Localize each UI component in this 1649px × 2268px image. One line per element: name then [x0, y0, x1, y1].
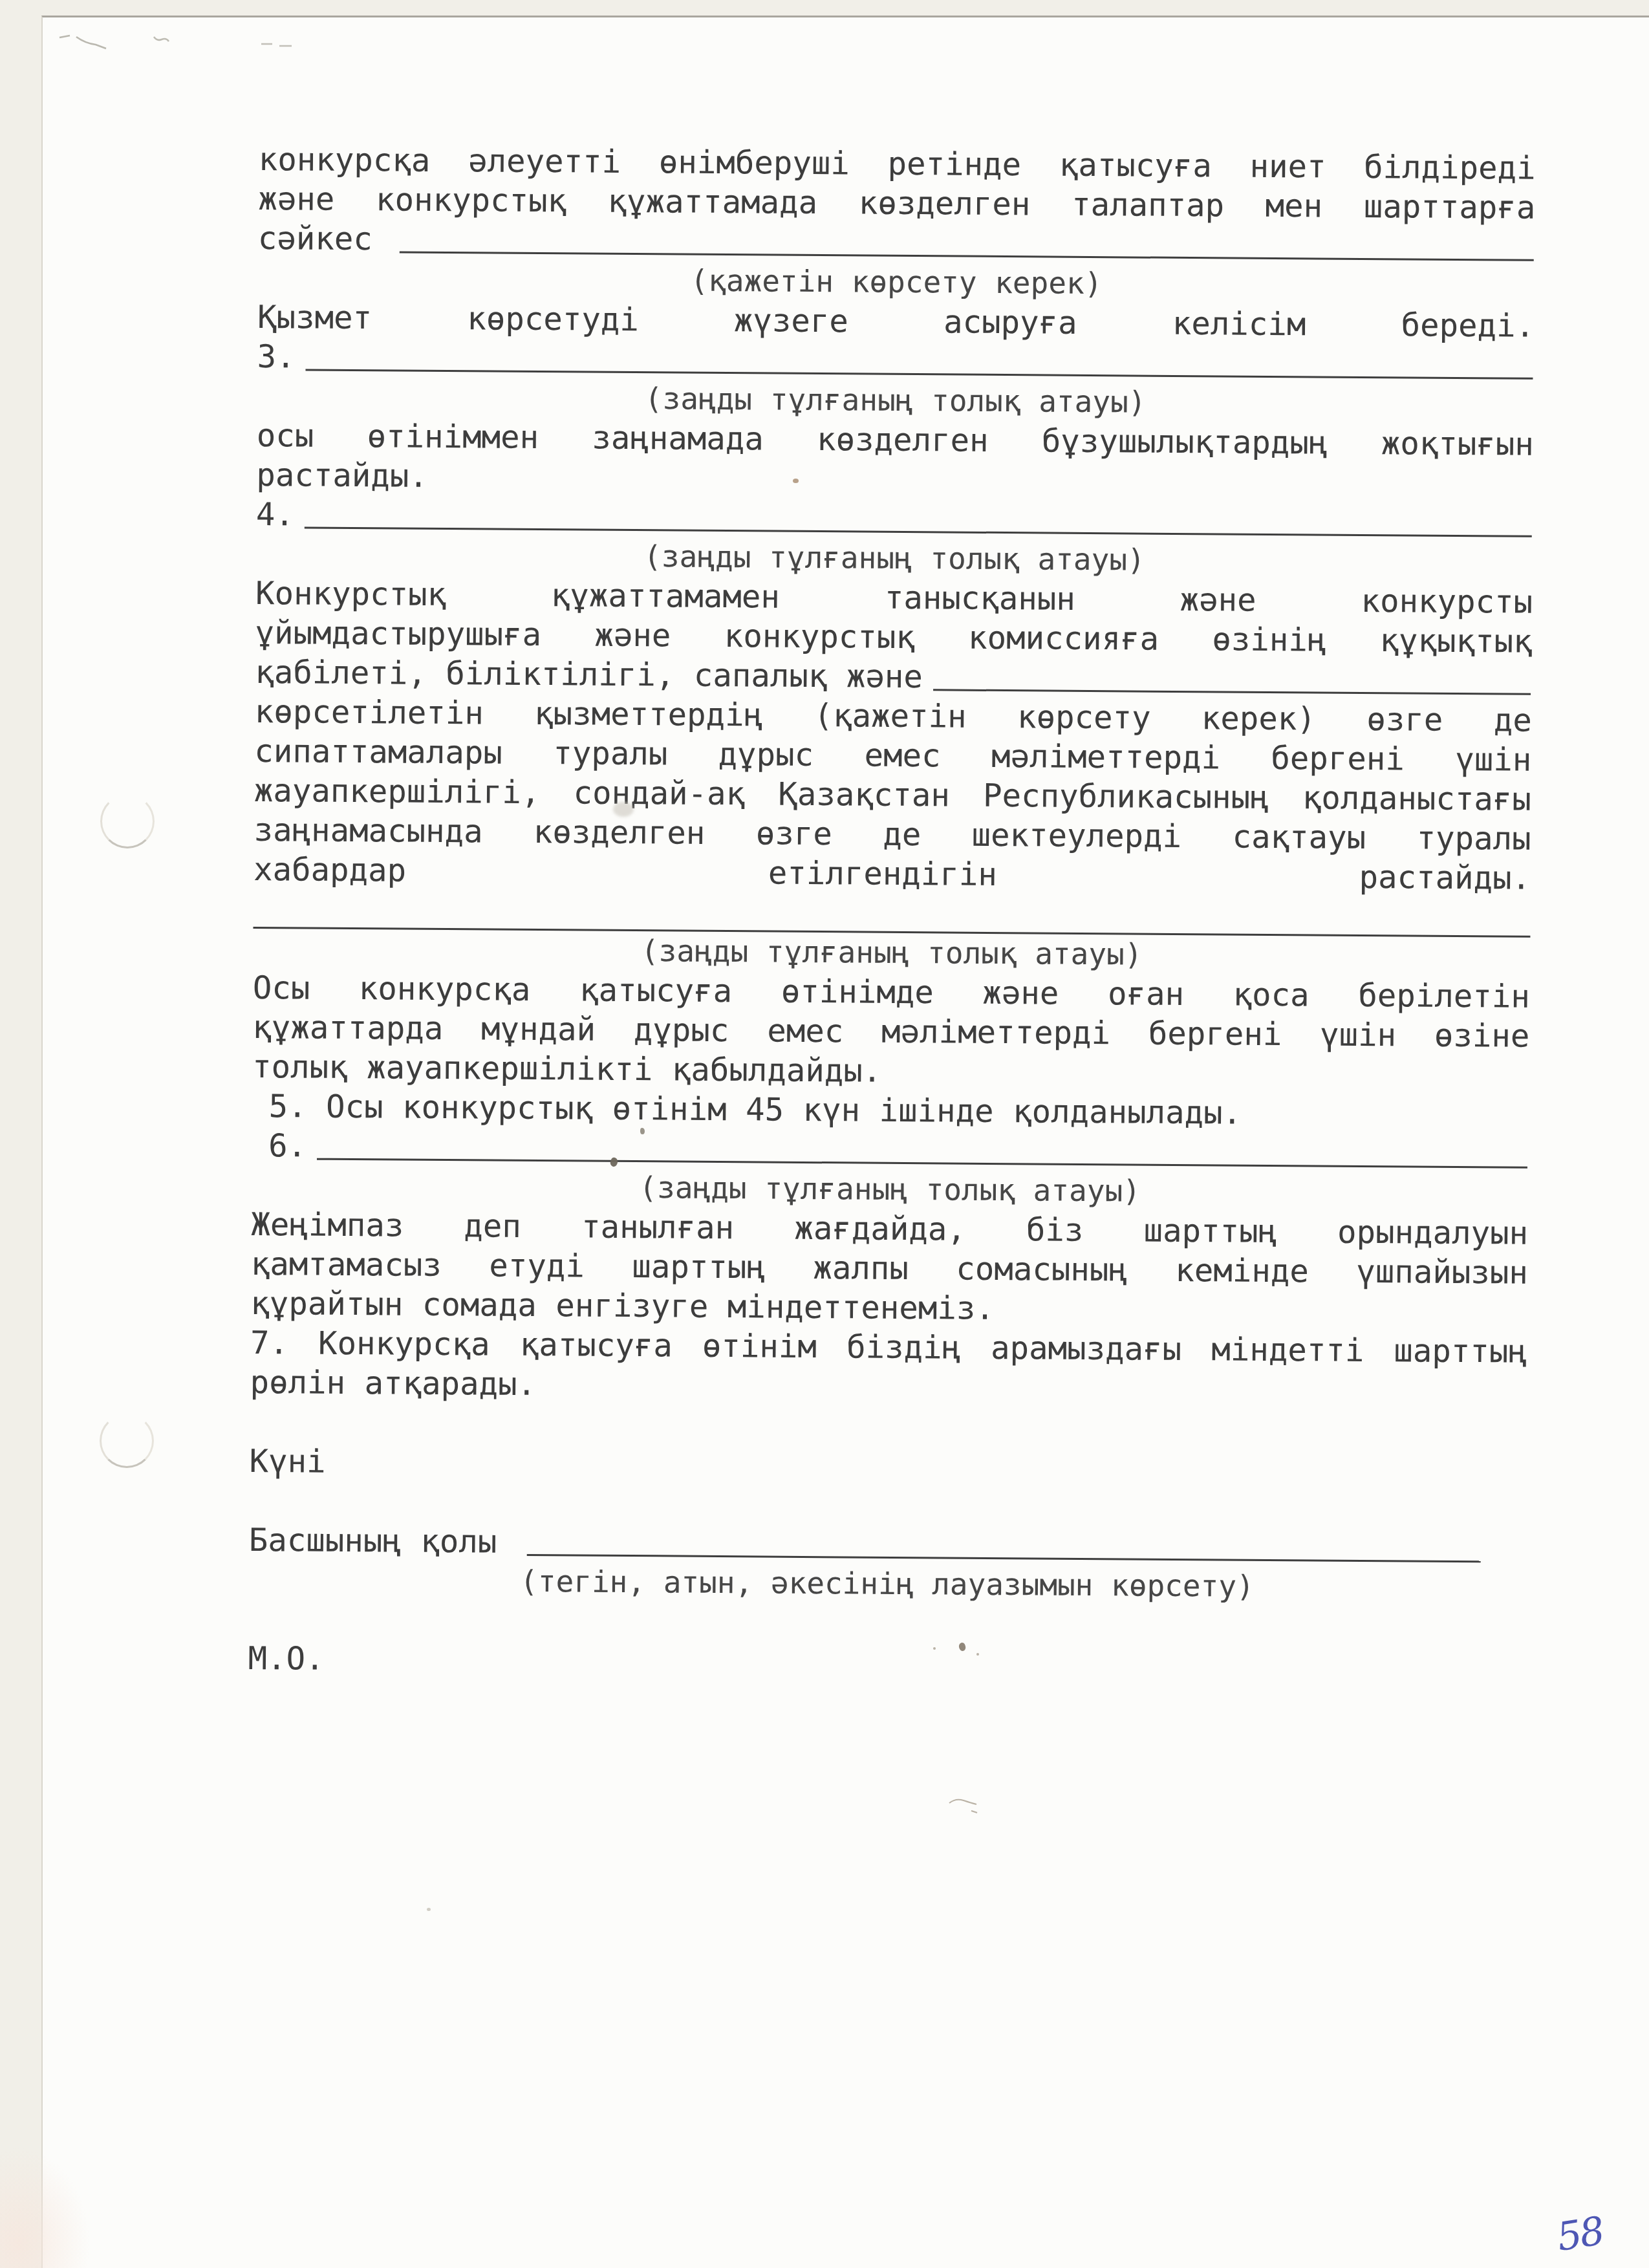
- typed-text-block: конкурсқа әлеуетті өнімберуші ретінде қа…: [248, 140, 1536, 1687]
- blank-underline: [933, 688, 1531, 695]
- signature-label: Басшының қолы: [249, 1520, 497, 1562]
- scan-speck: [427, 1908, 431, 1911]
- punch-hole: [100, 794, 155, 848]
- field-label: қабілеті, біліктілігі, сапалық және: [255, 653, 923, 697]
- scan-speck: [793, 479, 799, 483]
- field-number: 3.: [257, 337, 295, 376]
- field-number: 6.: [268, 1126, 307, 1165]
- scan-speck: [976, 1653, 979, 1656]
- field-label: сәйкес: [258, 219, 372, 259]
- punch-hole: [100, 1414, 154, 1468]
- handwritten-page-number: 58: [1554, 2209, 1606, 2260]
- signature-line: [526, 1553, 1480, 1562]
- blank-underline: [400, 251, 1534, 261]
- field-number: 4.: [256, 495, 294, 534]
- scan-corner-tint: [0, 2147, 91, 2268]
- scan-speck: [933, 1647, 936, 1650]
- scan-speck: [640, 1128, 645, 1134]
- scan-smudge: [613, 802, 634, 817]
